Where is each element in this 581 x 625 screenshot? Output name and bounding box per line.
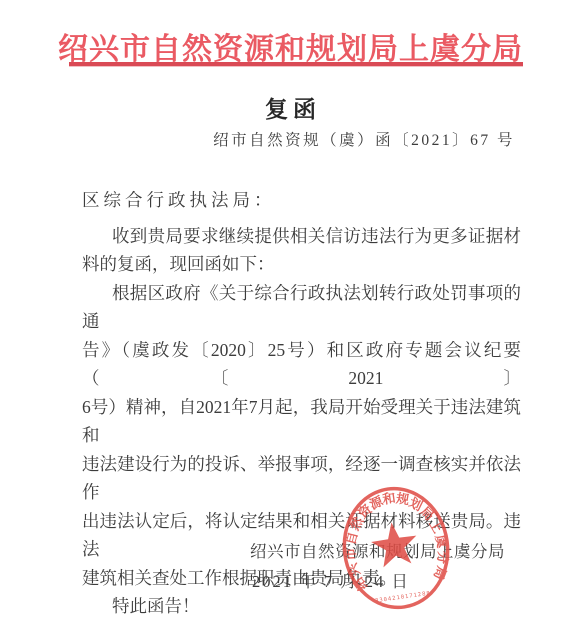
document-title: 复函 (0, 91, 581, 124)
seal-code: 3304210171288 (375, 591, 431, 605)
seal-char: 市 (343, 547, 359, 561)
body-line: 收到贵局要求继续提供相关信访违法行为更多证据材 (82, 222, 521, 251)
seal-group: 绍兴市自然资源和规划局上虞分局 3304210171288 (338, 482, 454, 614)
official-seal-icon: 绍兴市自然资源和规划局上虞分局 3304210171288 (338, 482, 454, 614)
seal-star-icon (369, 519, 420, 568)
document-reference-number: 绍市自然资规（虞）函〔2021〕67 号 (213, 128, 515, 150)
body-line: 6号）精神，自2021年7月起，我局开始受理关于违法建筑和 (82, 393, 521, 450)
body-line: 料的复函，现回函如下： (82, 250, 521, 279)
body-line: 违法建设行为的投诉、举报事项，经逐一调查核实并依法作 (82, 450, 521, 507)
body-line: 特此函告！ (82, 592, 521, 621)
body-line: 根据区政府《关于综合行政执法划转行政处罚事项的通 (82, 279, 521, 336)
document-page: 绍兴市自然资源和规划局上虞分局 复函 绍市自然资规（虞）函〔2021〕67 号 … (0, 0, 581, 625)
letterhead-divider-line (69, 62, 523, 66)
seal-char: 分 (435, 550, 451, 564)
body-line: 告》（虞政发〔2020〕25号）和区政府专题会议纪要（〔2021〕 (82, 336, 521, 393)
recipient-line: 区综合行政执法局： (82, 186, 521, 215)
